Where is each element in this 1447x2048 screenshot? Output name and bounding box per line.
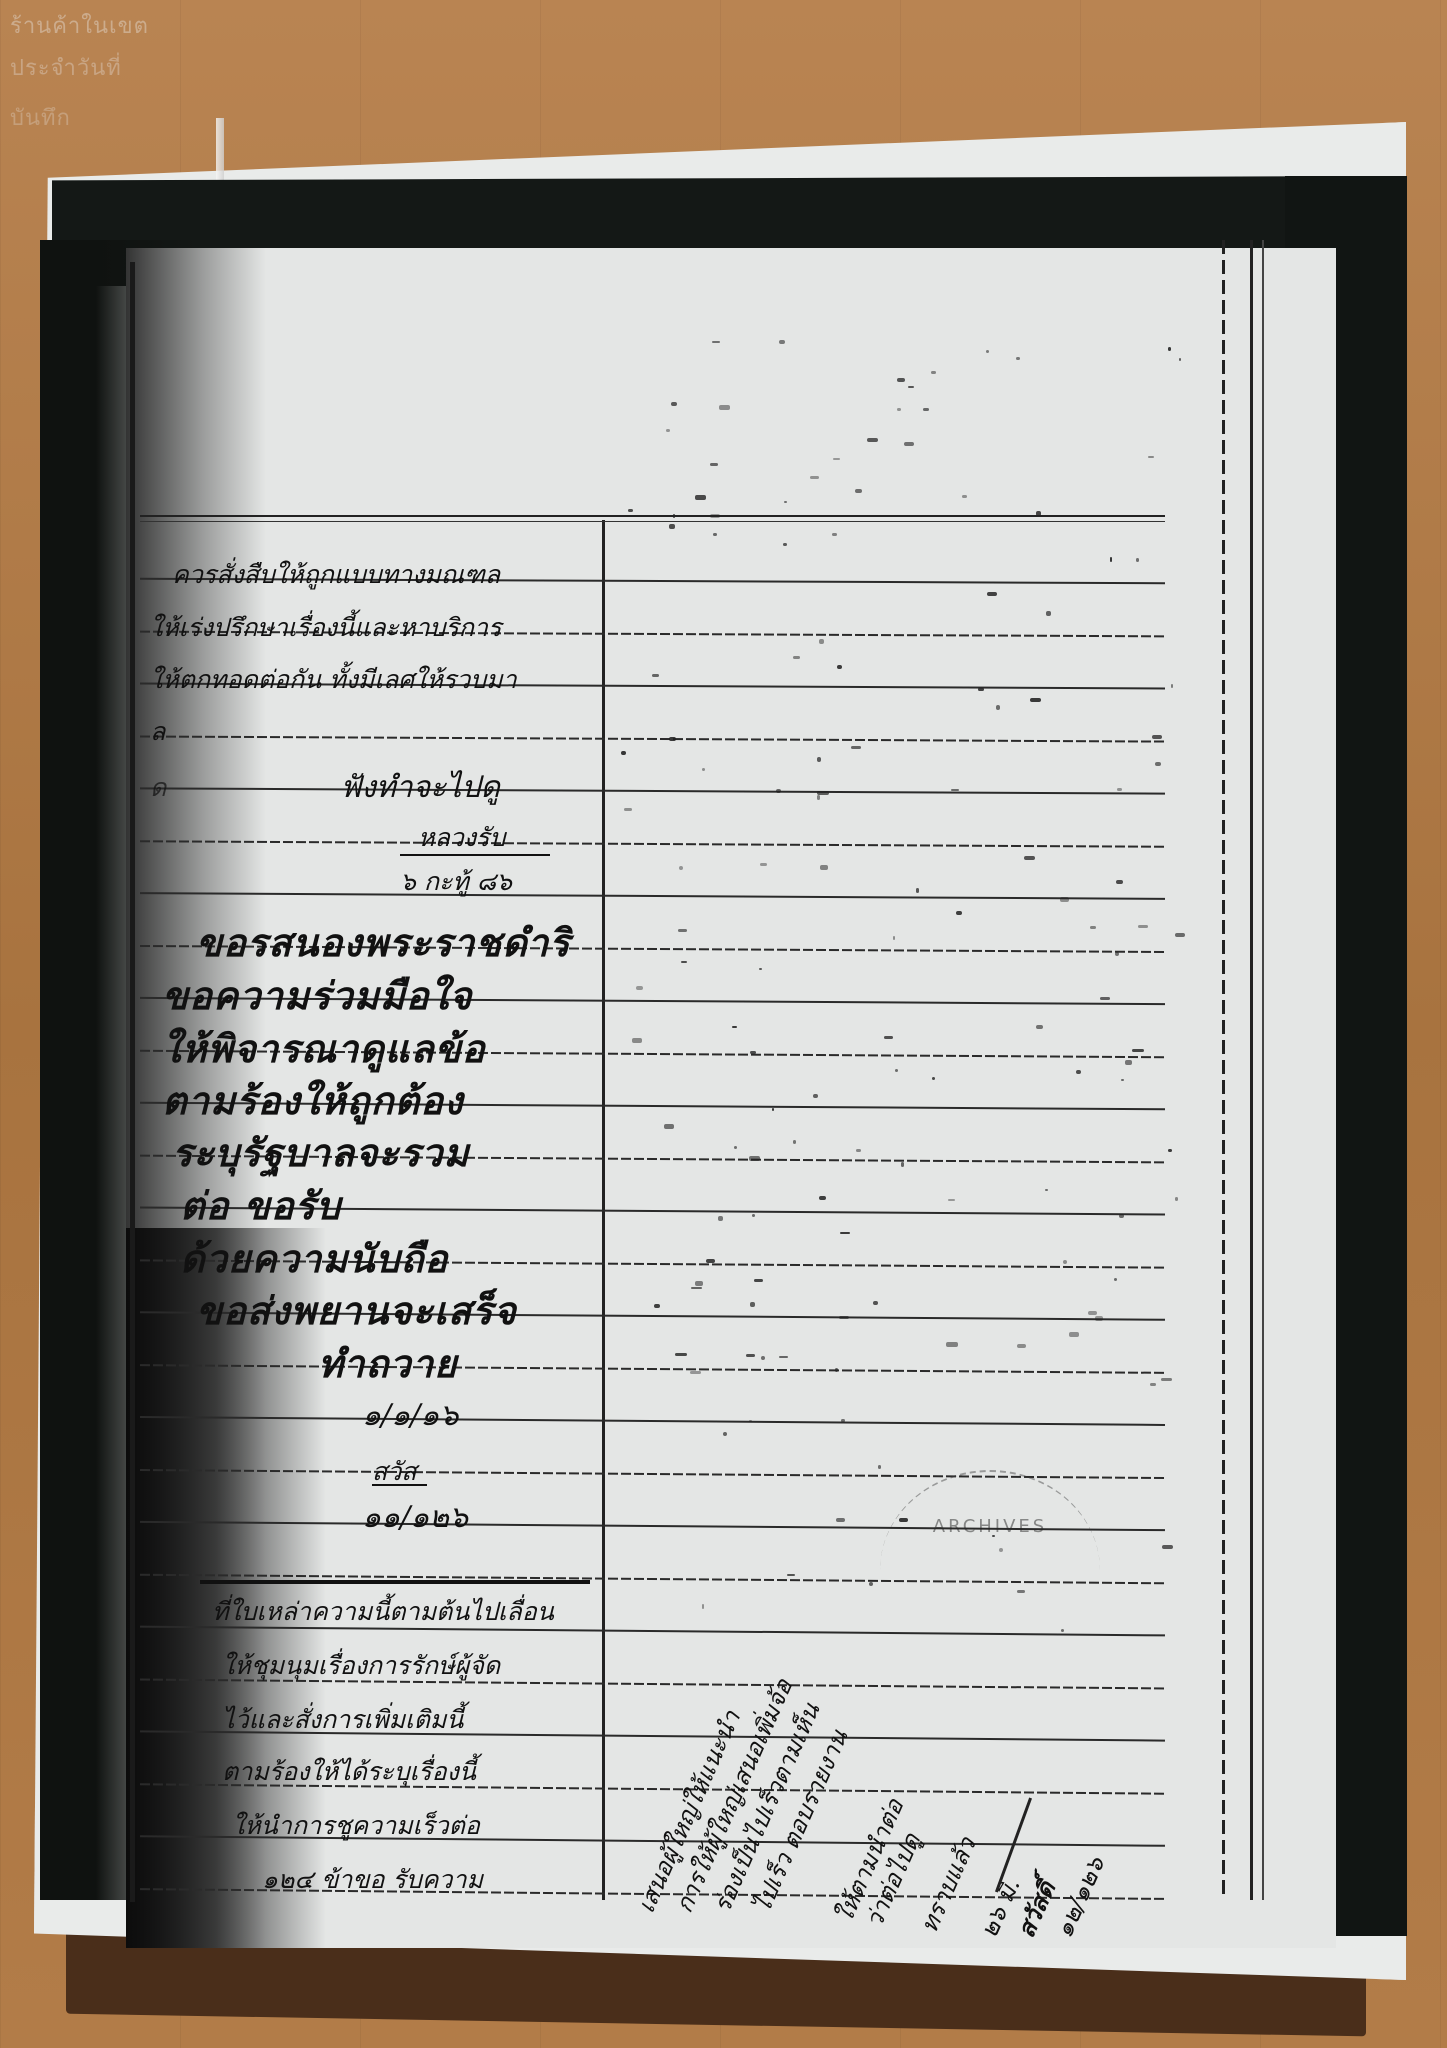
speck: [884, 1036, 893, 1038]
section-divider: [200, 1580, 590, 1584]
speck: [690, 1371, 701, 1374]
speck: [817, 757, 821, 762]
speck: [652, 674, 659, 678]
speck: [916, 888, 919, 893]
bottom-line-4: ตามร้องให้ได้ระบุเรื่องนี้: [222, 1752, 476, 1792]
cursive-line-9: ทำถวาย: [318, 1333, 457, 1394]
speck: [710, 514, 720, 518]
header-rule: [140, 515, 1165, 522]
speck: [678, 929, 688, 931]
speck: [1030, 698, 1041, 702]
speck: [718, 1216, 723, 1220]
speck: [1060, 897, 1069, 901]
speck: [1017, 1590, 1025, 1593]
speck: [869, 1582, 873, 1585]
speck: [1175, 933, 1186, 937]
bottom-line-6: ๑๒๔ ข้าขอ รับความ: [262, 1860, 483, 1900]
speck: [1095, 1316, 1103, 1321]
speck: [746, 1354, 755, 1357]
speck: [702, 1604, 705, 1608]
speck: [779, 1356, 788, 1358]
bottom-line-3: ไว้และสั่งการเพิ่มเติมนี้: [222, 1700, 463, 1740]
cursive-signature-date: ๑/๑/๑๖: [362, 1392, 458, 1439]
speck: [1036, 511, 1041, 515]
speck: [1152, 735, 1163, 739]
speck: [1132, 1049, 1144, 1053]
left-margin-rule: [130, 262, 135, 1902]
intro-line-4: ล: [150, 712, 165, 752]
speck: [749, 1420, 753, 1422]
speck: [1125, 1060, 1132, 1064]
speck: [695, 495, 705, 499]
speck: [671, 402, 677, 406]
speck: [1017, 1344, 1026, 1348]
background-scribble: ร้านค้าในเขต: [10, 8, 149, 43]
speck: [787, 1574, 795, 1576]
speck: [951, 789, 959, 791]
speck: [732, 1026, 737, 1028]
speck: [1138, 925, 1149, 928]
right-margin-rule-2: [1250, 240, 1253, 1900]
signature-date: ๖ กะทู้ ๘๖: [400, 862, 512, 902]
speck: [986, 350, 988, 353]
speck: [636, 986, 642, 990]
intro-line-1: ควรสั่งสืบให้ถูกแบบทางมณฑล: [172, 555, 500, 595]
speck: [760, 863, 767, 866]
speck: [819, 639, 824, 643]
background-scribble: บันทึก: [10, 100, 71, 135]
speck: [836, 1518, 845, 1523]
speck: [1119, 1214, 1125, 1218]
speck: [706, 1259, 715, 1263]
speck: [750, 1302, 755, 1307]
speck: [978, 688, 984, 690]
background-scribble: ประจำวันที่: [10, 50, 122, 85]
speck: [624, 808, 632, 811]
speck: [754, 1279, 762, 1282]
speck: [931, 371, 936, 374]
speck: [1175, 1197, 1179, 1201]
speck: [695, 1281, 703, 1286]
speck: [899, 1518, 908, 1521]
margin-note: ด: [150, 768, 166, 808]
speck: [679, 866, 683, 869]
speck: [675, 1353, 686, 1356]
speck: [1090, 926, 1096, 929]
cursive-line-2: ขอความร่วมมือใจ: [162, 965, 472, 1026]
signature-underline: [400, 854, 550, 856]
speck: [851, 746, 861, 749]
speck: [1150, 1383, 1156, 1385]
speck: [719, 405, 730, 410]
speck: [669, 737, 675, 741]
speck: [895, 1069, 898, 1072]
closing-date: ๑๑/๑๒๖: [362, 1494, 468, 1541]
speck: [878, 1465, 881, 1468]
right-margin-rule-1: [1222, 240, 1225, 1900]
cursive-line-8: ขอส่งพยานจะเสร็จ: [196, 1280, 517, 1341]
speck: [1136, 558, 1140, 562]
speck: [710, 463, 718, 466]
speck: [839, 1316, 849, 1320]
speck: [1168, 347, 1171, 351]
speck: [820, 865, 829, 870]
speck: [621, 751, 626, 755]
speck: [904, 442, 915, 446]
bottom-line-1: ที่ใบเหล่าความนี้ตามต้นไปเลื่อน: [212, 1592, 554, 1632]
speck: [810, 476, 819, 479]
speck: [1161, 1378, 1172, 1381]
speck: [817, 791, 829, 795]
right-margin-rule-3: [1262, 240, 1264, 1900]
speck: [817, 795, 820, 800]
speck: [691, 1287, 702, 1289]
speck: [996, 705, 1000, 710]
speck: [833, 458, 840, 461]
closing-name: สวัส: [372, 1452, 417, 1492]
speck: [1110, 557, 1112, 562]
speck: [1162, 1545, 1173, 1549]
speck: [962, 495, 967, 498]
speck: [666, 429, 670, 432]
cursive-line-5: ระบุรัฐบาลจะรวม: [172, 1122, 470, 1183]
intro-line-3: ให้ตกทอดต่อกัน ทั้งมีเลศให้รวบมา: [150, 660, 517, 700]
speck: [897, 378, 905, 382]
speck: [819, 1196, 827, 1200]
closing-underline: [372, 1484, 427, 1486]
speck: [923, 408, 930, 410]
speck: [776, 789, 780, 793]
speck: [673, 514, 675, 518]
signature-name: หลวงรับ: [418, 818, 505, 858]
speck: [783, 543, 786, 546]
cursive-line-1: ขอรสนองพระราชดำริ: [196, 912, 571, 973]
cursive-line-6: ต่อ ขอรับ: [180, 1175, 341, 1236]
speck: [759, 968, 762, 970]
speck: [632, 1038, 642, 1043]
speck: [1155, 762, 1161, 765]
speck: [654, 1304, 661, 1308]
speck: [956, 911, 962, 915]
speck: [761, 1356, 766, 1360]
intro-line-2: ให้เร่งปรึกษาเรื่องนี้และหาบริการ: [150, 608, 501, 648]
speck: [664, 1124, 674, 1129]
speck: [1046, 611, 1051, 615]
speck: [772, 1108, 774, 1111]
bottom-line-2: ให้ชุมนุมเรื่องการรักษ์ผู้จัด: [222, 1646, 500, 1686]
speck: [901, 1162, 904, 1167]
speck: [749, 1156, 760, 1161]
speck: [1117, 788, 1121, 791]
speck: [893, 936, 895, 940]
speck: [750, 1051, 755, 1053]
speck: [1100, 997, 1110, 1000]
speck: [908, 386, 914, 389]
speck: [1024, 856, 1035, 860]
speck: [1069, 1332, 1079, 1336]
speck: [946, 1342, 958, 1347]
bottom-line-5: ให้นำการชูความเร็วต่อ: [232, 1806, 480, 1846]
speck: [713, 533, 717, 536]
speck: [867, 438, 879, 442]
speck: [1088, 1311, 1097, 1315]
speck: [987, 592, 997, 596]
signature-line-1: ฟังทำจะไปดู: [340, 764, 500, 811]
speck: [669, 524, 675, 529]
speck: [793, 656, 800, 660]
